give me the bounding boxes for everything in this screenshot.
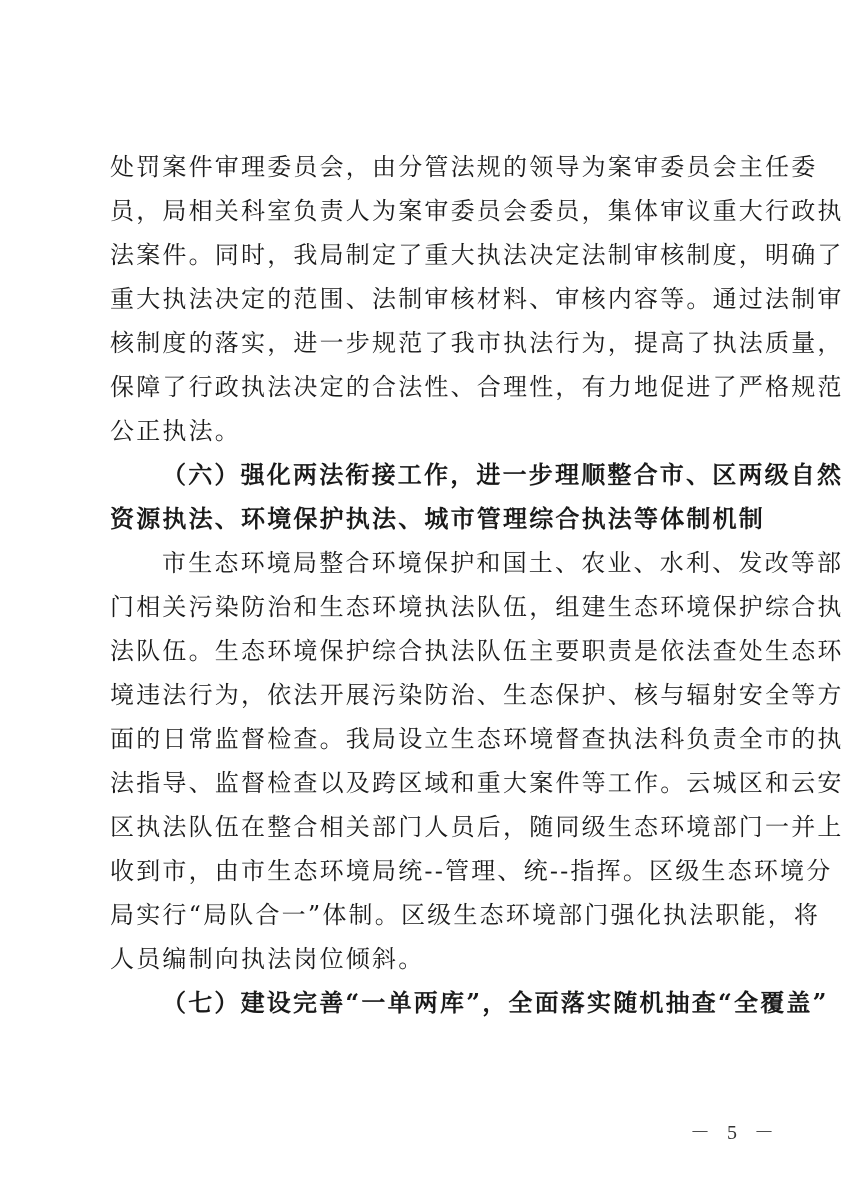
text-line: 处罚案件审理委员会，由分管法规的领导为案审委员会主任委 [110,145,740,189]
text-line: 门相关污染防治和生态环境执法队伍，组建生态环境保护综合执 [110,585,740,629]
heading-line: 资源执法、环境保护执法、城市管理综合执法等体制机制 [110,497,740,541]
text-line: 保障了行政执法决定的合法性、合理性，有力地促进了严格规范 [110,365,740,409]
paragraph-enforcement-team: 市生态环境局整合环境保护和国土、农业、水利、发改等部 门相关污染防治和生态环境执… [110,541,740,981]
page-number: － 5 － [690,1116,780,1145]
text-line: 法指导、监督检查以及跨区域和重大案件等工作。云城区和云安 [110,761,740,805]
heading-line: （六）强化两法衔接工作，进一步理顺整合市、区两级自然 [110,453,740,497]
text-line: 核制度的落实，进一步规范了我市执法行为，提高了执法质量， [110,321,740,365]
text-line: 面的日常监督检查。我局设立生态环境督查执法科负责全市的执 [110,717,740,761]
paragraph-case-review: 处罚案件审理委员会，由分管法规的领导为案审委员会主任委 员，局相关科室负责人为案… [110,145,740,453]
section-heading-six: （六）强化两法衔接工作，进一步理顺整合市、区两级自然 资源执法、环境保护执法、城… [110,453,740,541]
text-line: 局实行“局队合一”体制。区级生态环境部门强化执法职能，将 [110,893,740,937]
text-line: 收到市，由市生态环境局统--管理、统--指挥。区级生态环境分 [110,849,740,893]
document-body: 处罚案件审理委员会，由分管法规的领导为案审委员会主任委 员，局相关科室负责人为案… [110,145,740,1025]
text-line: 公正执法。 [110,409,740,453]
text-line: 境违法行为，依法开展污染防治、生态保护、核与辐射安全等方 [110,673,740,717]
text-line: 人员编制向执法岗位倾斜。 [110,937,740,981]
text-line: 员，局相关科室负责人为案审委员会委员，集体审议重大行政执 [110,189,740,233]
text-line: 市生态环境局整合环境保护和国土、农业、水利、发改等部 [110,541,740,585]
heading-line: （七）建设完善“一单两库”，全面落实随机抽查“全覆盖” [110,981,740,1025]
text-line: 区执法队伍在整合相关部门人员后，随同级生态环境部门一并上 [110,805,740,849]
text-line: 法队伍。生态环境保护综合执法队伍主要职责是依法查处生态环 [110,629,740,673]
section-heading-seven: （七）建设完善“一单两库”，全面落实随机抽查“全覆盖” [110,981,740,1025]
text-line: 法案件。同时，我局制定了重大执法决定法制审核制度，明确了 [110,233,740,277]
document-page: 处罚案件审理委员会，由分管法规的领导为案审委员会主任委 员，局相关科室负责人为案… [0,0,850,1202]
text-line: 重大执法决定的范围、法制审核材料、审核内容等。通过法制审 [110,277,740,321]
